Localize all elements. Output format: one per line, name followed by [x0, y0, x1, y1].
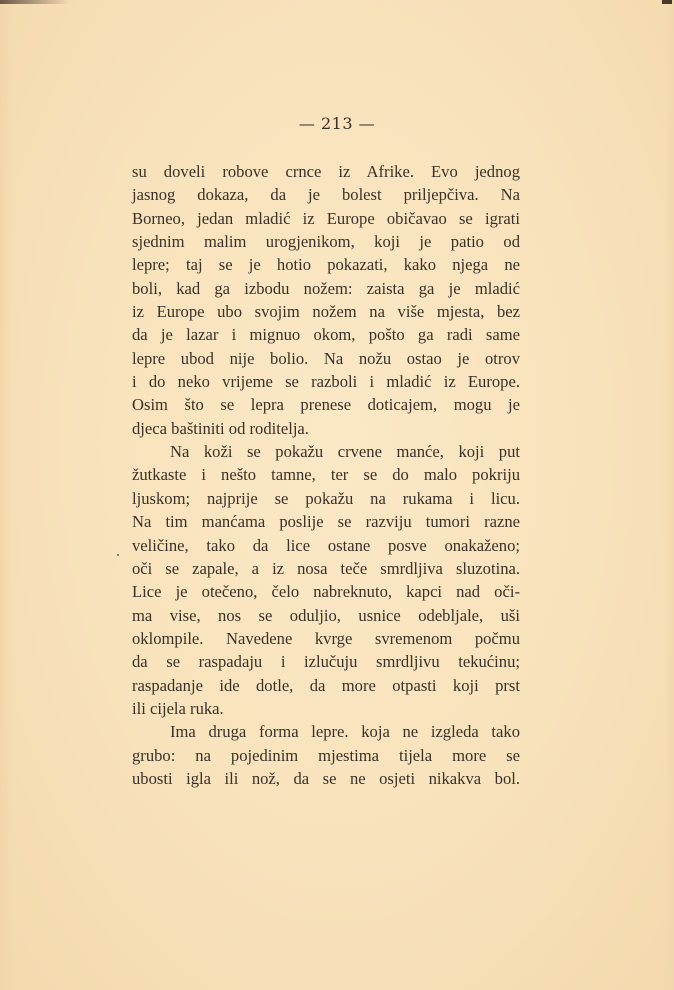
- text-line: Borneo, jedan mladić iz Europe običavao …: [132, 207, 520, 230]
- text-line: ili cijela ruka.: [132, 697, 520, 720]
- text-line: oklompile. Navedene kvrge svremenom počm…: [132, 627, 520, 650]
- text-line: raspadanje ide dotle, da more otpasti ko…: [132, 674, 520, 697]
- text-line: ljuskom; najprije se pokažu na rukama i …: [132, 487, 520, 510]
- text-line: Lice je otečeno, čelo nabreknuto, kapci …: [132, 580, 520, 603]
- ink-speck: [117, 554, 119, 556]
- page-number: — 213 —: [0, 114, 674, 133]
- text-line: jasnog dokaza, da je bolest priljepčiva.…: [132, 183, 520, 206]
- scanned-book-page: — 213 — su doveli robove crnce iz Afrike…: [0, 0, 674, 990]
- text-line: boli, kad ga izbodu nožem: zaista ga je …: [132, 277, 520, 300]
- text-line: veličine, tako da lice ostane posve onak…: [132, 534, 520, 557]
- paragraph-3: Ima druga forma lepre. koja ne izgleda t…: [132, 720, 520, 790]
- text-line: Na koži se pokažu crvene manće, koji put: [132, 440, 520, 463]
- paragraph-1: su doveli robove crnce iz Afrike. Evo je…: [132, 160, 520, 440]
- scan-corner-mark-top-left: [0, 0, 70, 4]
- text-line: oči se zapale, a iz nosa teče smrdljiva …: [132, 557, 520, 580]
- text-line: Ima druga forma lepre. koja ne izgleda t…: [132, 720, 520, 743]
- text-line: Osim što se lepra prenese doticajem, mog…: [132, 393, 520, 416]
- text-line: da se raspadaju i izlučuju smrdljivu tek…: [132, 650, 520, 673]
- text-line: ubosti igla ili nož, da se ne osjeti nik…: [132, 767, 520, 790]
- page-edge-shadow-left: [0, 0, 14, 990]
- text-line: lepre ubod nije bolio. Na nožu ostao je …: [132, 347, 520, 370]
- text-line: Na tim manćama poslije se razviju tumori…: [132, 510, 520, 533]
- text-line: i do neko vrijeme se razboli i mladić iz…: [132, 370, 520, 393]
- scan-corner-mark-top-right: [662, 0, 672, 4]
- page-edge-shadow-right: [664, 0, 674, 990]
- text-line: lepre; taj se je hotio pokazati, kako nj…: [132, 253, 520, 276]
- text-line: su doveli robove crnce iz Afrike. Evo je…: [132, 160, 520, 183]
- text-line: ma vise, nos se oduljio, usnice odebljal…: [132, 604, 520, 627]
- text-line: grubo: na pojedinim mjestima tijela more…: [132, 744, 520, 767]
- paragraph-2: Na koži se pokažu crvene manće, koji put…: [132, 440, 520, 720]
- text-line: djeca baštiniti od roditelja.: [132, 417, 520, 440]
- body-text: su doveli robove crnce iz Afrike. Evo je…: [132, 160, 520, 790]
- text-line: žutkaste i nešto tamne, ter se do malo p…: [132, 463, 520, 486]
- text-line: da je lazar i mignuo okom, pošto ga radi…: [132, 323, 520, 346]
- text-line: sjednim malim urogjenikom, koji je patio…: [132, 230, 520, 253]
- text-line: iz Europe ubo svojim nožem na više mjest…: [132, 300, 520, 323]
